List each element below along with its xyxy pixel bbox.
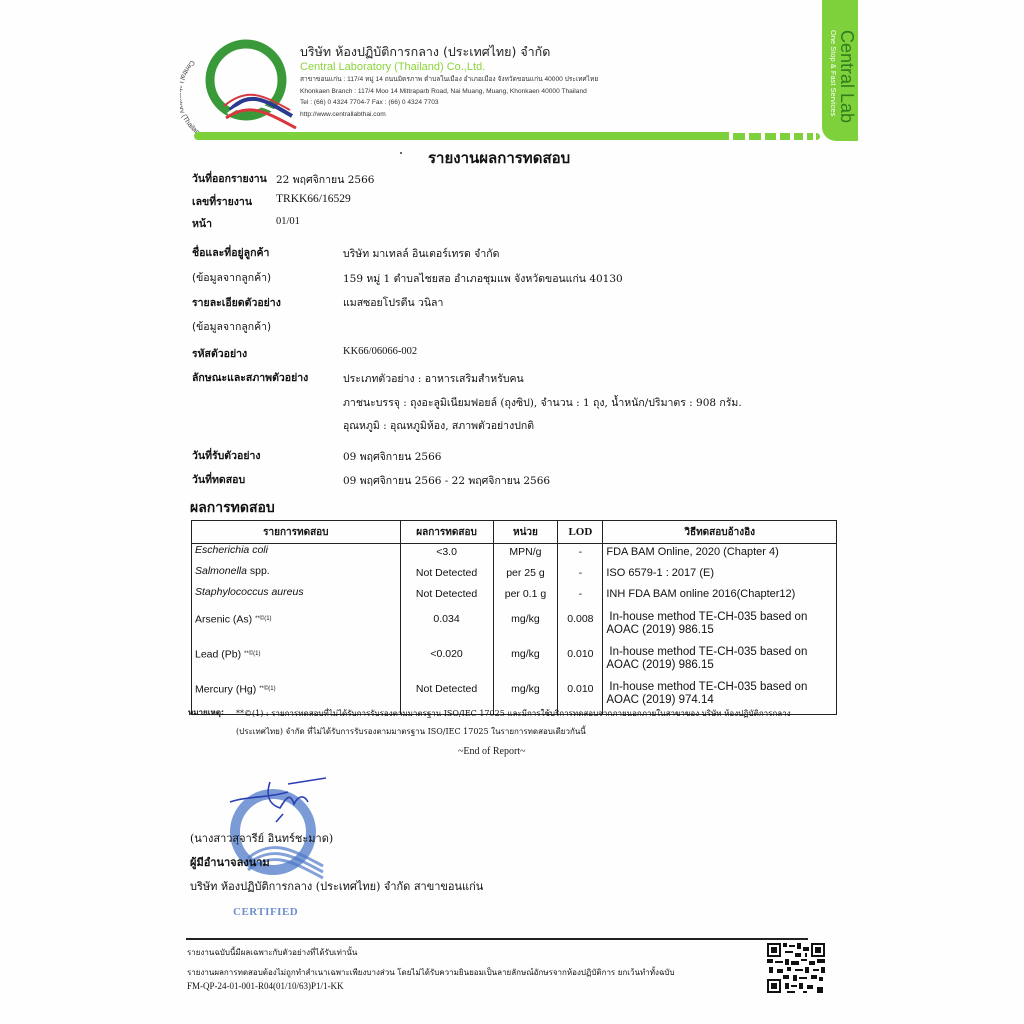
test-item-name: Salmonella bbox=[195, 565, 247, 577]
header-divider bbox=[194, 132, 729, 140]
footer-line-2: รายงานผลการทดสอบต้องไม่ถูกทำสำเนาเฉพาะเพ… bbox=[187, 966, 675, 979]
company-website-link[interactable]: http://www.centrallabthai.com bbox=[300, 109, 598, 121]
method-line: AOAC (2019) 974.14 bbox=[606, 694, 833, 707]
notes-line-2: (ประเทศไทย) จำกัด ที่ไม่ได้รับการรับรองต… bbox=[236, 725, 586, 738]
company-name-en: Central Laboratory (Thailand) Co.,Ltd. bbox=[300, 60, 598, 74]
table-row: Escherichia coli<3.0MPN/g-FDA BAM Online… bbox=[192, 544, 837, 566]
not-accredited-flag: **©(1) bbox=[255, 616, 271, 622]
unit-cell: MPN/g bbox=[493, 544, 558, 566]
test-item-cell: Lead (Pb) **©(1) bbox=[192, 642, 401, 677]
header-dash bbox=[794, 133, 803, 140]
svg-text:Central Laboratory (Thailand): Central Laboratory (Thailand) Co.,Ltd. bbox=[180, 59, 229, 138]
unit-cell: mg/kg bbox=[493, 607, 558, 642]
company-address-th: สาขาขอนแก่น : 117/4 หมู่ 14 ถนนมิตรภาพ ต… bbox=[300, 74, 598, 86]
method-line: AOAC (2019) 986.15 bbox=[606, 659, 833, 672]
side-tab-subtitle: One Stop & Fast Services bbox=[828, 30, 838, 123]
customer-source-label: (ข้อมูลจากลูกค้า) bbox=[192, 269, 271, 286]
table-row: Arsenic (As) **©(1)0.034mg/kg0.008In-hou… bbox=[192, 607, 837, 642]
header-dash bbox=[816, 133, 820, 140]
footer-line-1: รายงานฉบับนี้มีผลเฉพาะกับตัวอย่างที่ได้ร… bbox=[187, 946, 357, 959]
header-dash bbox=[749, 133, 761, 140]
central-lab-side-tab: Central Lab One Stop & Fast Services bbox=[822, 0, 858, 141]
col-method: วิธีทดสอบอ้างอิง bbox=[603, 521, 837, 544]
col-lod: LOD bbox=[558, 521, 603, 544]
col-result: ผลการทดสอบ bbox=[400, 521, 493, 544]
received-date-label: วันที่รับตัวอย่าง bbox=[192, 447, 261, 464]
method-line: In-house method TE-CH-035 based on bbox=[606, 681, 833, 694]
test-item-cell: Arsenic (As) **©(1) bbox=[192, 607, 401, 642]
sample-detail-value: แมสซอยโปรตีน วนิลา bbox=[343, 294, 443, 311]
sample-condition-line: ภาชนะบรรจุ : ถุงอะลูมิเนียมฟอยล์ (ถุงซิป… bbox=[343, 394, 742, 411]
signer-name: (นางสาวสุจารีย์ อินทร์ชะมาด) bbox=[190, 829, 333, 847]
page-label: หน้า bbox=[192, 215, 212, 232]
sample-detail-source-label: (ข้อมูลจากลูกค้า) bbox=[192, 318, 271, 335]
received-date-value: 09 พฤศจิกายน 2566 bbox=[343, 448, 441, 465]
sample-condition-line: ประเภทตัวอย่าง : อาหารเสริมสำหรับคน bbox=[343, 370, 524, 387]
not-accredited-flag: **©(1) bbox=[244, 651, 260, 657]
lod-cell: 0.010 bbox=[558, 642, 603, 677]
table-row: Lead (Pb) **©(1)<0.020mg/kg0.010In-house… bbox=[192, 642, 837, 677]
lod-cell: - bbox=[558, 586, 603, 607]
method-line: INH FDA BAM online 2016(Chapter12) bbox=[606, 588, 833, 601]
signer-role: ผู้มีอำนาจลงนาม bbox=[190, 853, 270, 871]
certified-stamp-text: CERTIFIED bbox=[233, 906, 298, 918]
method-cell: In-house method TE-CH-035 based onAOAC (… bbox=[603, 642, 837, 677]
header-dash bbox=[780, 133, 790, 140]
table-row: Salmonella spp.Not Detectedper 25 g-ISO … bbox=[192, 565, 837, 586]
footer-divider bbox=[186, 938, 808, 940]
form-code: FM-QP-24-01-001-R04(01/10/63)P1/1-KK bbox=[187, 981, 344, 991]
method-cell: INH FDA BAM online 2016(Chapter12) bbox=[603, 586, 837, 607]
result-cell: <0.020 bbox=[400, 642, 493, 677]
table-row: Staphylococcus aureusNot Detectedper 0.1… bbox=[192, 586, 837, 607]
notes-label: หมายเหตุ: bbox=[188, 706, 224, 719]
result-cell: <3.0 bbox=[400, 544, 493, 566]
method-line: FDA BAM Online, 2020 (Chapter 4) bbox=[606, 546, 833, 559]
company-phone: Tel : (66) 0 4324 7704-7 Fax : (66) 0 43… bbox=[300, 97, 598, 109]
customer-name-label: ชื่อและที่อยู่ลูกค้า bbox=[192, 244, 269, 261]
notes-line-1: **©(1) : รายการทดสอบที่ไม่ได้รับการรับรอ… bbox=[236, 707, 791, 720]
sample-detail-label: รายละเอียดตัวอย่าง bbox=[192, 294, 281, 311]
header-dash bbox=[765, 133, 776, 140]
result-cell: Not Detected bbox=[400, 586, 493, 607]
company-address-en: Khonkaen Branch : 117/4 Moo 14 Mittrapar… bbox=[300, 86, 598, 98]
report-title: รายงานผลการทดสอบ bbox=[428, 146, 570, 170]
test-date-value: 09 พฤศจิกายน 2566 - 22 พฤศจิกายน 2566 bbox=[343, 472, 550, 489]
signer-org: บริษัท ห้องปฏิบัติการกลาง (ประเทศไทย) จำ… bbox=[190, 877, 483, 895]
test-item-name: Arsenic (As) bbox=[195, 613, 252, 625]
sample-condition-label: ลักษณะและสภาพตัวอย่าง bbox=[192, 369, 308, 386]
unit-cell: per 25 g bbox=[493, 565, 558, 586]
header-dash bbox=[807, 133, 813, 140]
test-item-name: Staphylococcus aureus bbox=[195, 586, 304, 598]
end-of-report: ~End of Report~ bbox=[458, 746, 525, 757]
method-line: ISO 6579-1 : 2017 (E) bbox=[606, 567, 833, 580]
test-item-cell: Salmonella spp. bbox=[192, 565, 401, 586]
unit-cell: per 0.1 g bbox=[493, 586, 558, 607]
method-cell: FDA BAM Online, 2020 (Chapter 4) bbox=[603, 544, 837, 566]
test-item-name: Lead (Pb) bbox=[195, 648, 241, 660]
central-lab-logo-icon: Central Laboratory (Thailand) Co.,Ltd. bbox=[180, 30, 298, 138]
test-date-label: วันที่ทดสอบ bbox=[192, 471, 245, 488]
results-table: รายการทดสอบ ผลการทดสอบ หน่วย LOD วิธีทดส… bbox=[191, 520, 837, 715]
signature-icon bbox=[228, 774, 328, 824]
col-unit: หน่วย bbox=[493, 521, 558, 544]
qr-code-icon[interactable] bbox=[767, 943, 825, 993]
report-no-value: TRKK66/16529 bbox=[276, 193, 351, 205]
sample-code-label: รหัสตัวอย่าง bbox=[192, 345, 247, 362]
test-item-cell: Escherichia coli bbox=[192, 544, 401, 566]
company-info: บริษัท ห้องปฏิบัติการกลาง (ประเทศไทย) จำ… bbox=[300, 44, 598, 120]
test-item-cell: Staphylococcus aureus bbox=[192, 586, 401, 607]
side-tab-title: Central Lab bbox=[838, 30, 856, 123]
lod-cell: - bbox=[558, 544, 603, 566]
not-accredited-flag: **©(1) bbox=[259, 686, 275, 692]
test-item-name: Mercury (Hg) bbox=[195, 683, 256, 695]
test-item-name: Escherichia coli bbox=[195, 544, 268, 556]
customer-name-value: บริษัท มาเทลล์ อินเตอร์เทรด จำกัด bbox=[343, 245, 499, 262]
sample-condition-line: อุณหภูมิ : อุณหภูมิห้อง, สภาพตัวอย่างปกต… bbox=[343, 417, 534, 434]
customer-address-value: 159 หมู่ 1 ตำบลไชยสอ อำเภอชุมแพ จังหวัดข… bbox=[343, 270, 623, 287]
header-dash bbox=[733, 133, 745, 140]
method-line: In-house method TE-CH-035 based on bbox=[606, 646, 833, 659]
col-test-item: รายการทดสอบ bbox=[192, 521, 401, 544]
lod-cell: 0.008 bbox=[558, 607, 603, 642]
issue-date-label: วันที่ออกรายงาน bbox=[192, 170, 267, 187]
result-cell: Not Detected bbox=[400, 565, 493, 586]
lod-cell: - bbox=[558, 565, 603, 586]
company-name-th: บริษัท ห้องปฏิบัติการกลาง (ประเทศไทย) จำ… bbox=[300, 44, 598, 60]
test-item-suffix: spp. bbox=[247, 565, 270, 577]
dot bbox=[400, 152, 402, 154]
results-header-row: รายการทดสอบ ผลการทดสอบ หน่วย LOD วิธีทดส… bbox=[192, 521, 837, 544]
method-cell: ISO 6579-1 : 2017 (E) bbox=[603, 565, 837, 586]
test-report-page: Central Laboratory (Thailand) Co.,Ltd. บ… bbox=[0, 0, 1024, 1024]
method-cell: In-house method TE-CH-035 based onAOAC (… bbox=[603, 607, 837, 642]
method-line: In-house method TE-CH-035 based on bbox=[606, 611, 833, 624]
method-line: AOAC (2019) 986.15 bbox=[606, 624, 833, 637]
page-value: 01/01 bbox=[276, 216, 300, 227]
sample-code-value: KK66/06066-002 bbox=[343, 346, 417, 357]
result-cell: 0.034 bbox=[400, 607, 493, 642]
report-no-label: เลขที่รายงาน bbox=[192, 193, 252, 210]
unit-cell: mg/kg bbox=[493, 642, 558, 677]
results-heading: ผลการทดสอบ bbox=[190, 497, 275, 519]
logo-ring-text: Central Laboratory (Thailand) Co.,Ltd. bbox=[180, 59, 229, 138]
issue-date-value: 22 พฤศจิกายน 2566 bbox=[276, 171, 374, 188]
